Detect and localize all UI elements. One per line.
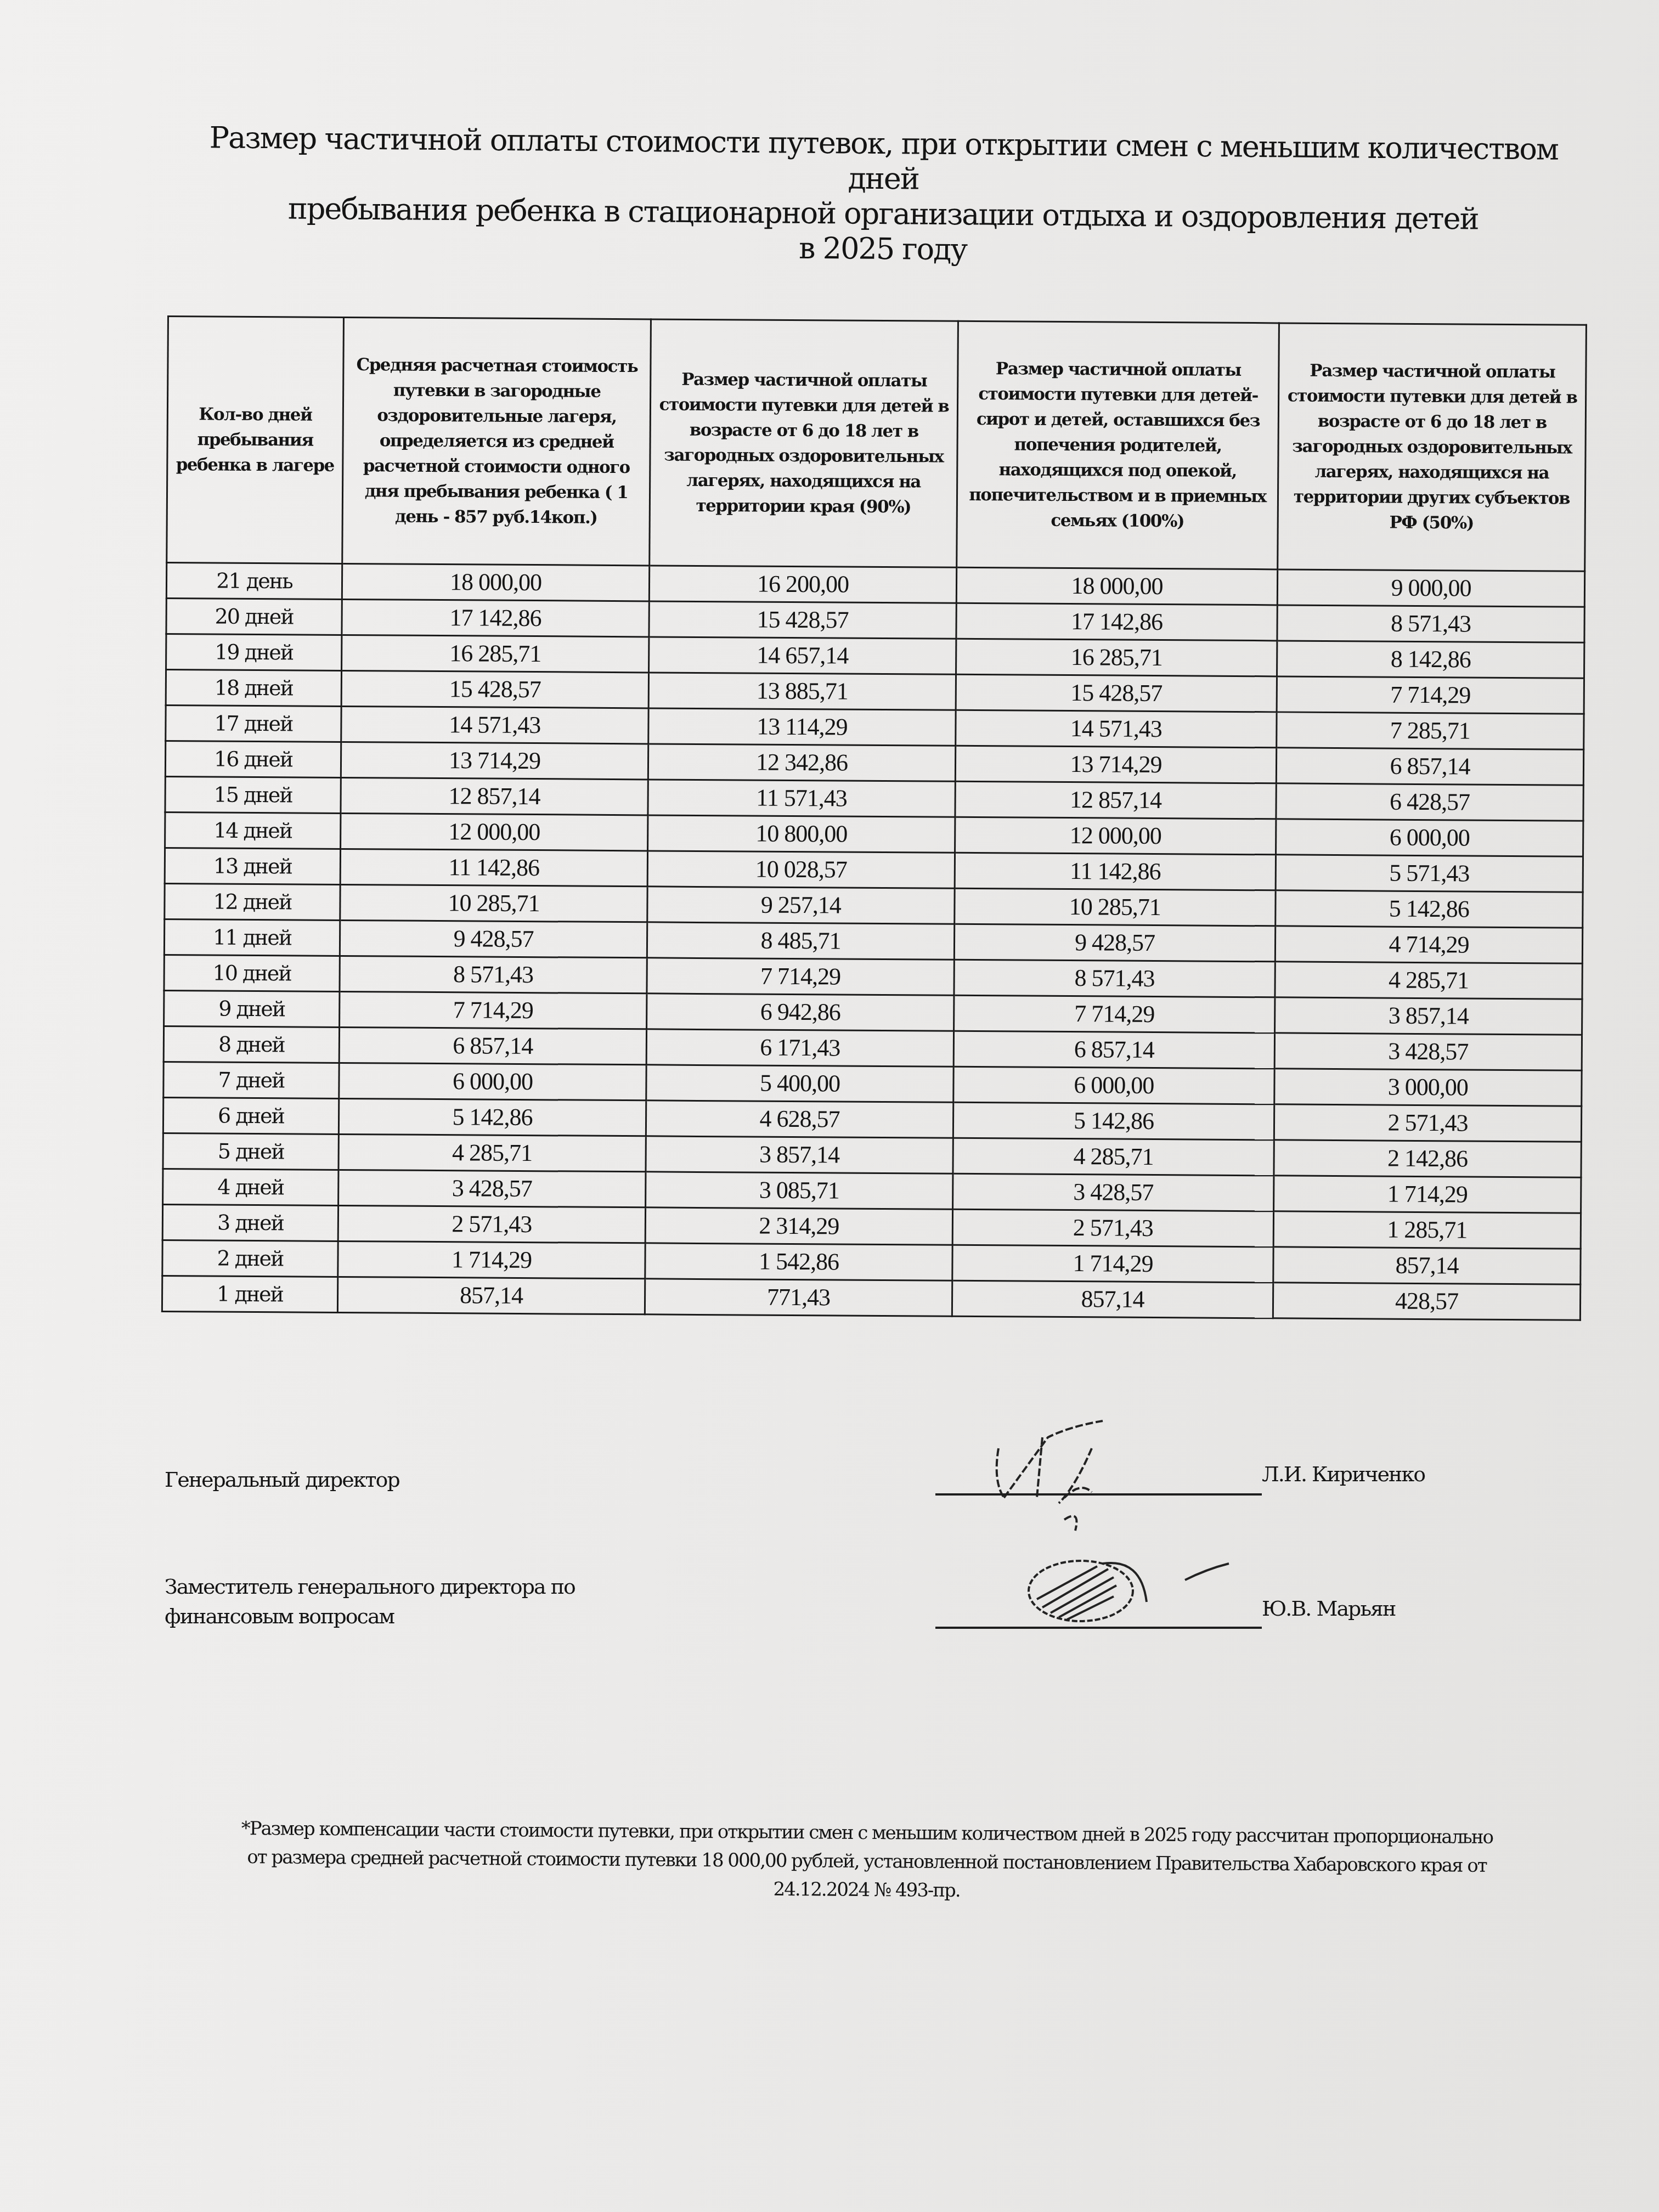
amount-cell: 8 142,86 [1277, 641, 1584, 678]
signer-1-name: Л.И. Кириченко [1262, 1462, 1425, 1486]
days-cell: 18 дней [166, 669, 341, 706]
header-orphans-100: Размер частичной оплаты стоимости путевк… [957, 321, 1279, 569]
table-header-row: Кол-во дней пребывания ребенка в лагере … [167, 317, 1587, 572]
amount-cell: 13 714,29 [341, 742, 648, 779]
days-cell: 16 дней [165, 741, 341, 777]
amount-cell: 5 142,86 [953, 1102, 1274, 1140]
amount-cell: 9 428,57 [954, 924, 1275, 962]
amount-cell: 7 714,29 [340, 991, 647, 1029]
amount-cell: 4 285,71 [338, 1134, 646, 1171]
days-cell: 1 дней [162, 1276, 337, 1312]
amount-cell: 428,57 [1273, 1283, 1580, 1320]
amount-cell: 5 400,00 [646, 1065, 953, 1102]
amount-cell: 16 285,71 [342, 635, 649, 672]
amount-cell: 10 800,00 [648, 815, 955, 853]
amount-cell: 4 714,29 [1275, 926, 1582, 963]
amount-cell: 11 142,86 [340, 849, 647, 886]
amount-cell: 16 285,71 [956, 639, 1277, 676]
amount-cell: 857,14 [1273, 1247, 1581, 1284]
amount-cell: 8 571,43 [1277, 605, 1584, 642]
amount-cell: 14 571,43 [341, 706, 648, 743]
amount-cell: 2 142,86 [1274, 1140, 1581, 1177]
amount-cell: 5 142,86 [338, 1098, 646, 1136]
amount-cell: 6 000,00 [1276, 819, 1583, 856]
days-cell: 11 дней [164, 919, 340, 956]
amount-cell: 7 285,71 [1277, 712, 1584, 749]
amount-cell: 13 885,71 [648, 673, 956, 710]
amount-cell: 6 171,43 [646, 1029, 953, 1066]
amount-cell: 6 857,14 [953, 1031, 1274, 1069]
amount-cell: 2 571,43 [338, 1205, 645, 1243]
amount-cell: 17 142,86 [342, 599, 649, 636]
amount-cell: 1 542,86 [645, 1243, 952, 1280]
amount-cell: 2 571,43 [952, 1209, 1273, 1247]
days-cell: 4 дней [163, 1169, 338, 1205]
amount-cell: 18 000,00 [956, 567, 1277, 605]
amount-cell: 15 428,57 [956, 674, 1277, 712]
amount-cell: 8 571,43 [954, 960, 1275, 997]
amount-cell: 10 285,71 [340, 884, 647, 922]
amount-cell: 4 285,71 [953, 1138, 1274, 1176]
days-cell: 10 дней [164, 955, 340, 991]
days-cell: 5 дней [163, 1133, 338, 1170]
amount-cell: 3 857,14 [1275, 997, 1582, 1035]
days-cell: 19 дней [166, 634, 342, 670]
amount-cell: 2 571,43 [1274, 1104, 1581, 1142]
amount-cell: 4 285,71 [1275, 962, 1582, 999]
footnote: *Размер компенсации части стоимости путе… [164, 1814, 1569, 1909]
amount-cell: 3 085,71 [646, 1172, 953, 1209]
amount-cell: 15 428,57 [341, 670, 648, 708]
table-body: 21 день18 000,0016 200,0018 000,009 000,… [162, 563, 1584, 1321]
days-cell: 17 дней [166, 705, 341, 742]
days-cell: 21 день [166, 563, 342, 600]
days-cell: 3 дней [162, 1204, 338, 1241]
amount-cell: 9 000,00 [1277, 569, 1584, 607]
amount-cell: 3 428,57 [953, 1173, 1274, 1211]
amount-cell: 15 428,57 [649, 601, 956, 639]
amount-cell: 2 314,29 [645, 1207, 952, 1245]
amount-cell: 857,14 [337, 1277, 645, 1314]
amount-cell: 12 000,00 [341, 813, 648, 850]
amount-cell: 7 714,29 [647, 958, 954, 995]
page-title: Размер частичной оплаты стоимости путево… [180, 120, 1586, 273]
amount-cell: 1 285,71 [1273, 1211, 1581, 1249]
signer-1-position: Генеральный директор [165, 1465, 399, 1494]
amount-cell: 13 714,29 [955, 746, 1276, 783]
amount-cell: 6 942,86 [647, 994, 954, 1031]
amount-cell: 3 428,57 [1274, 1033, 1582, 1070]
days-cell: 14 дней [165, 812, 341, 849]
payment-table-container: Кол-во дней пребывания ребенка в лагере … [161, 315, 1575, 1321]
amount-cell: 14 571,43 [956, 710, 1277, 748]
amount-cell: 11 142,86 [955, 853, 1276, 890]
amount-cell: 3 857,14 [646, 1136, 953, 1173]
amount-cell: 14 657,14 [649, 637, 956, 674]
amount-cell: 18 000,00 [342, 563, 649, 601]
signature-line-1 [935, 1493, 1262, 1496]
amount-cell: 4 628,57 [646, 1101, 953, 1138]
amount-cell: 1 714,29 [338, 1241, 645, 1278]
amount-cell: 6 000,00 [953, 1066, 1274, 1104]
header-average-cost: Средняя расчетная стоимость путевки в за… [342, 317, 651, 565]
days-cell: 13 дней [165, 848, 340, 884]
signer-2-name: Ю.В. Марьян [1262, 1596, 1395, 1621]
days-cell: 2 дней [162, 1240, 338, 1277]
payment-table: Кол-во дней пребывания ребенка в лагере … [161, 315, 1587, 1321]
amount-cell: 857,14 [952, 1280, 1273, 1318]
days-cell: 9 дней [164, 990, 340, 1027]
amount-cell: 12 000,00 [955, 817, 1276, 855]
signature-2-scribble [1020, 1547, 1295, 1635]
signer-2-position: Заместитель генерального директора по фи… [165, 1572, 636, 1631]
amount-cell: 5 142,86 [1276, 890, 1583, 928]
amount-cell: 17 142,86 [956, 603, 1277, 641]
amount-cell: 8 571,43 [340, 956, 647, 993]
amount-cell: 7 714,29 [954, 995, 1275, 1033]
days-cell: 7 дней [163, 1062, 339, 1098]
amount-cell: 12 857,14 [341, 777, 648, 815]
amount-cell: 10 285,71 [955, 888, 1276, 926]
title-line-1: Размер частичной оплаты стоимости путево… [181, 120, 1586, 202]
header-days: Кол-во дней пребывания ребенка в лагере [167, 317, 344, 564]
amount-cell: 6 000,00 [339, 1063, 646, 1100]
amount-cell: 5 571,43 [1276, 855, 1583, 892]
amount-cell: 6 857,14 [1276, 748, 1583, 785]
amount-cell: 11 571,43 [648, 780, 955, 817]
days-cell: 15 дней [165, 776, 341, 813]
days-cell: 20 дней [166, 598, 342, 635]
amount-cell: 3 000,00 [1274, 1069, 1582, 1106]
amount-cell: 771,43 [645, 1279, 952, 1316]
amount-cell: 16 200,00 [649, 566, 956, 603]
amount-cell: 6 428,57 [1276, 783, 1583, 821]
amount-cell: 9 257,14 [647, 887, 955, 924]
amount-cell: 3 428,57 [338, 1170, 646, 1207]
amount-cell: 8 485,71 [647, 922, 954, 960]
amount-cell: 13 114,29 [648, 708, 956, 746]
header-region-90: Размер частичной оплаты стоимости путевк… [650, 319, 958, 567]
amount-cell: 7 714,29 [1277, 676, 1584, 714]
amount-cell: 9 428,57 [340, 920, 647, 957]
days-cell: 8 дней [163, 1026, 339, 1063]
days-cell: 6 дней [163, 1097, 338, 1134]
signature-line-2 [935, 1627, 1262, 1629]
amount-cell: 12 342,86 [648, 744, 955, 781]
days-cell: 12 дней [165, 883, 340, 920]
amount-cell: 1 714,29 [952, 1245, 1273, 1283]
amount-cell: 1 714,29 [1274, 1176, 1581, 1213]
amount-cell: 10 028,57 [647, 851, 955, 888]
signature-1-scribble [982, 1415, 1190, 1542]
amount-cell: 12 857,14 [955, 781, 1276, 819]
amount-cell: 6 857,14 [339, 1027, 646, 1064]
header-other-regions-50: Размер частичной оплаты стоимости путевк… [1278, 323, 1587, 571]
